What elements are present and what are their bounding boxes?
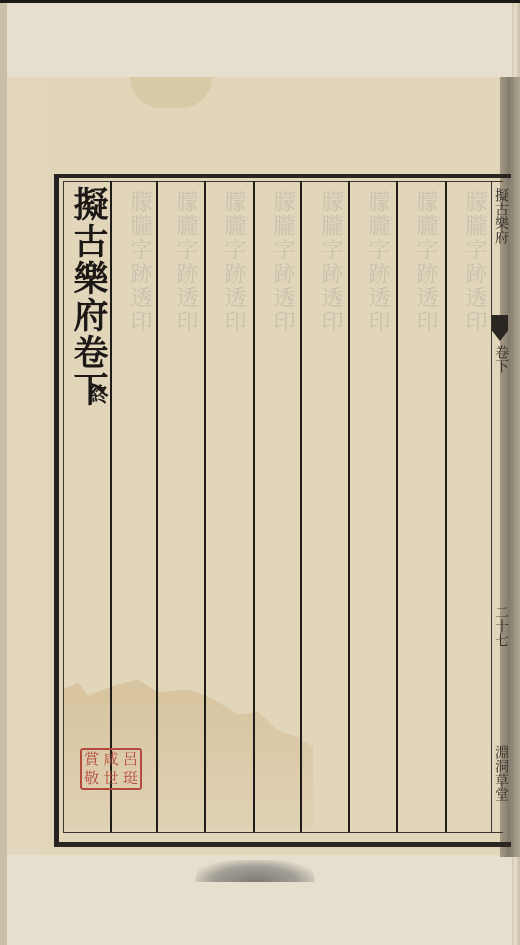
column-rule	[396, 181, 398, 832]
banxin-title: 擬古樂府	[494, 188, 508, 244]
column-rule	[300, 181, 302, 832]
column-rule	[63, 181, 64, 832]
banxin-page-number: 二十七	[494, 605, 508, 647]
seal-char: 賞	[82, 750, 101, 769]
column-rule	[348, 181, 350, 832]
volume-title: 擬古樂府卷下	[66, 186, 110, 408]
column-rule	[156, 181, 158, 832]
collector-seal: 賞 咸 呂 敬 世 珽	[80, 748, 142, 790]
seal-char: 珽	[121, 769, 140, 788]
ink-smudge	[195, 860, 315, 882]
seal-char: 呂	[121, 750, 140, 769]
column-rule	[253, 181, 255, 832]
end-mark: 終	[83, 384, 112, 404]
banxin-volume: 卷下	[494, 345, 508, 373]
seal-char: 咸	[101, 750, 120, 769]
page-frame-inner	[63, 181, 503, 833]
banxin-rule	[491, 181, 492, 832]
column-rule	[110, 181, 112, 832]
column-rule	[445, 181, 447, 832]
seal-char: 敬	[82, 769, 101, 788]
column-rule	[204, 181, 206, 832]
seal-char: 世	[101, 769, 120, 788]
banxin-publisher: 淵洞草堂	[494, 745, 508, 801]
